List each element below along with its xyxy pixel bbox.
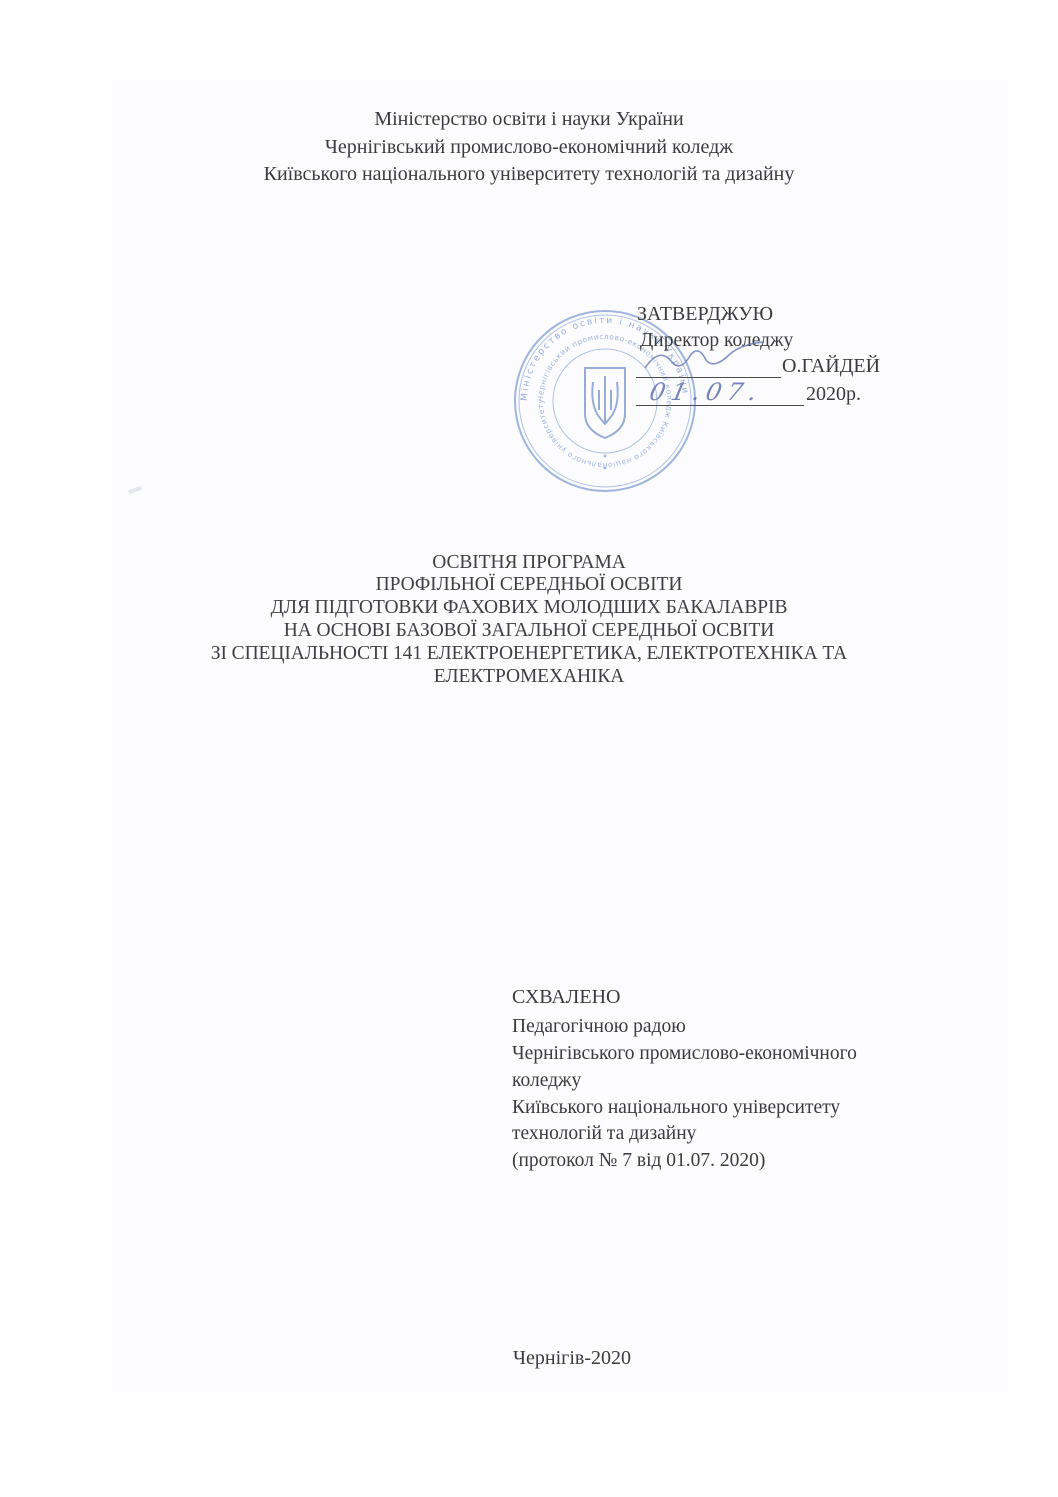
approved-line-3: коледжу	[512, 1070, 581, 1092]
university-line: Київського національного університету те…	[0, 163, 1058, 185]
trident-emblem-icon	[585, 368, 625, 438]
director-signature	[640, 338, 770, 378]
program-title-line-4: НА ОСНОВІ БАЗОВОЇ ЗАГАЛЬНОЇ СЕРЕДНЬОЇ ОС…	[0, 620, 1058, 642]
college-line: Чернігівський промислово-економічний кол…	[0, 136, 1058, 158]
handwritten-date: 01.07.	[647, 378, 765, 406]
program-title-line-6: ЕЛЕКТРОМЕХАНІКА	[0, 666, 1058, 688]
program-title-line-3: ДЛЯ ПІДГОТОВКИ ФАХОВИХ МОЛОДШИХ БАКАЛАВР…	[0, 597, 1058, 619]
program-title-line-2: ПРОФІЛЬНОЇ СЕРЕДНЬОЇ ОСВІТИ	[0, 574, 1058, 596]
program-title-line-5: ЗІ СПЕЦІАЛЬНОСТІ 141 ЕЛЕКТРОЕНЕРГЕТИКА, …	[0, 643, 1058, 665]
approved-line-4: Київського національного університету	[512, 1097, 840, 1119]
program-title-line-1: ОСВІТНЯ ПРОГРАМА	[0, 552, 1058, 574]
date-line	[636, 405, 804, 406]
place-year: Чернігів-2020	[513, 1347, 631, 1369]
approved-line-2: Чернігівського промислово-економічного	[512, 1043, 857, 1065]
approved-line-6: (протокол № 7 від 01.07. 2020)	[512, 1150, 765, 1172]
scanned-page	[112, 80, 1008, 1392]
ministry-line: Міністерство освіти і науки України	[0, 108, 1058, 130]
director-name: О.ГАЙДЕЙ	[782, 355, 880, 377]
approved-line-5: технологій та дизайну	[512, 1123, 696, 1145]
approval-year: 2020р.	[806, 383, 861, 405]
approved-heading: СХВАЛЕНО	[512, 986, 620, 1008]
approved-line-1: Педагогічною радою	[512, 1016, 686, 1038]
approval-heading: ЗАТВЕРДЖУЮ	[637, 303, 773, 325]
